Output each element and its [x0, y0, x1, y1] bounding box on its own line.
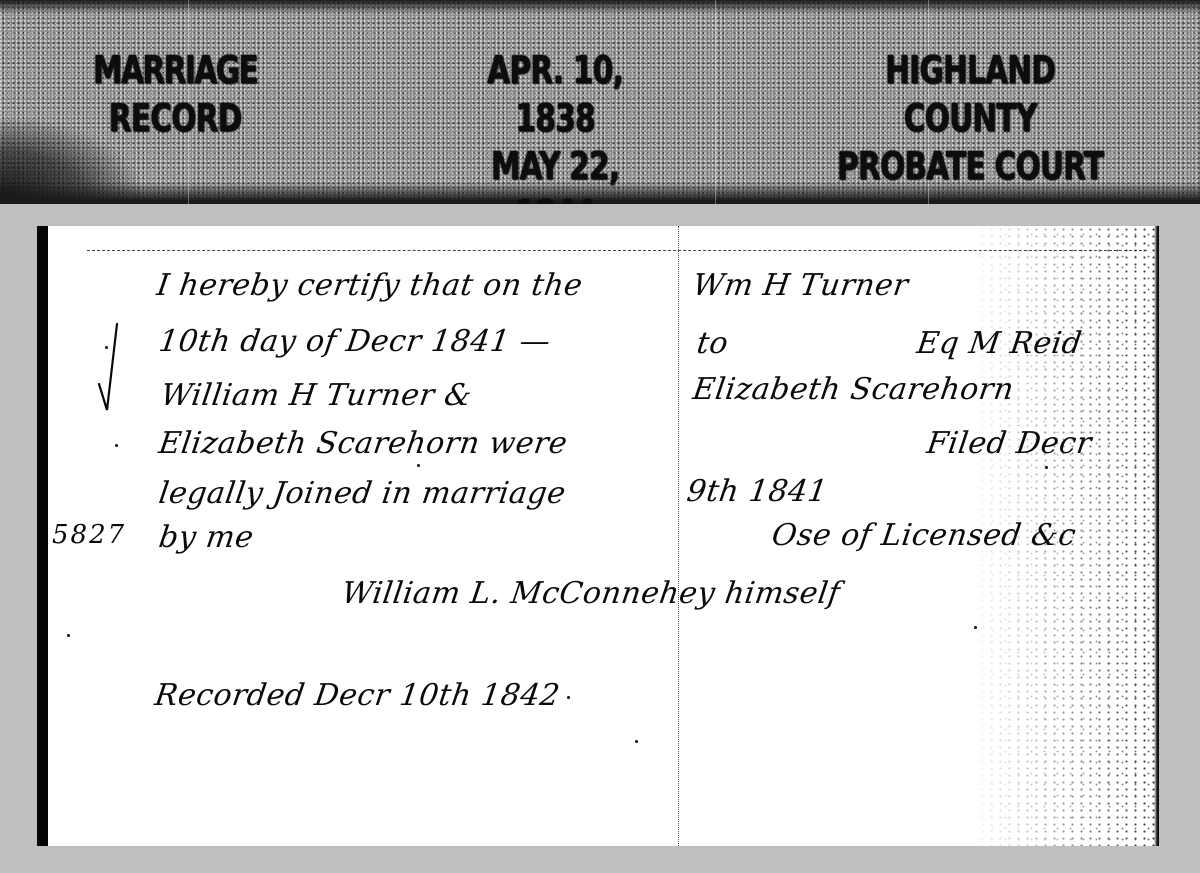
date-range-label: APR. 10, 1838 MAY 22, 1844	[450, 46, 661, 204]
film-scratch	[715, 0, 716, 204]
certificate-line-2: 10th day of Decr 1841 —	[156, 324, 552, 360]
ink-speck	[567, 696, 570, 699]
recorded-date: Recorded Decr 10th 1842	[152, 678, 562, 714]
license-note: Ose of Licensed &c	[769, 518, 1078, 554]
groom-name: Wm H Turner	[690, 268, 910, 304]
header-banner: MARRIAGE RECORD APR. 10, 1838 MAY 22, 18…	[0, 0, 1200, 204]
certificate-line-1: I hereby certify that on the	[154, 268, 584, 304]
county-name: HIGHLAND COUNTY	[830, 46, 1111, 142]
ink-speck	[105, 346, 108, 349]
certificate-line-3: William H Turner &	[158, 378, 474, 414]
date-range-start: APR. 10, 1838	[450, 46, 661, 142]
record-type-line-2: RECORD	[70, 94, 281, 142]
film-edge-right	[1154, 226, 1159, 846]
officiant-note: Eq M Reid	[914, 326, 1084, 362]
officiant-signature: William L. McConnehey himself	[339, 576, 842, 612]
record-type-label: MARRIAGE RECORD	[70, 46, 281, 142]
date-range-end: MAY 22, 1844	[450, 142, 661, 204]
ink-speck	[67, 634, 70, 637]
check-mark-icon	[93, 322, 119, 422]
ledger-top-rule	[87, 250, 1147, 252]
to-word: to	[694, 326, 730, 362]
certificate-line-6: by me	[156, 520, 255, 556]
court-label: HIGHLAND COUNTY PROBATE COURT	[830, 46, 1111, 190]
certificate-line-5: legally Joined in marriage	[156, 476, 568, 512]
record-number: 5827	[52, 520, 126, 550]
certificate-line-4: Elizabeth Scarehorn were	[156, 426, 569, 462]
ink-speck	[1045, 466, 1048, 469]
filed-date: 9th 1841	[684, 474, 829, 510]
filed-label: Filed Decr	[924, 426, 1094, 462]
court-name: PROBATE COURT	[830, 142, 1111, 190]
ink-speck	[115, 444, 118, 447]
record-type-line-1: MARRIAGE	[70, 46, 281, 94]
ink-speck	[974, 626, 977, 629]
film-edge-left	[37, 226, 48, 846]
ink-speck	[417, 464, 420, 467]
marriage-record-page: 5827 I hereby certify that on the 10th d…	[37, 226, 1159, 846]
ink-speck	[635, 740, 638, 743]
bride-name: Elizabeth Scarehorn	[690, 372, 1016, 408]
column-divider	[678, 226, 679, 846]
